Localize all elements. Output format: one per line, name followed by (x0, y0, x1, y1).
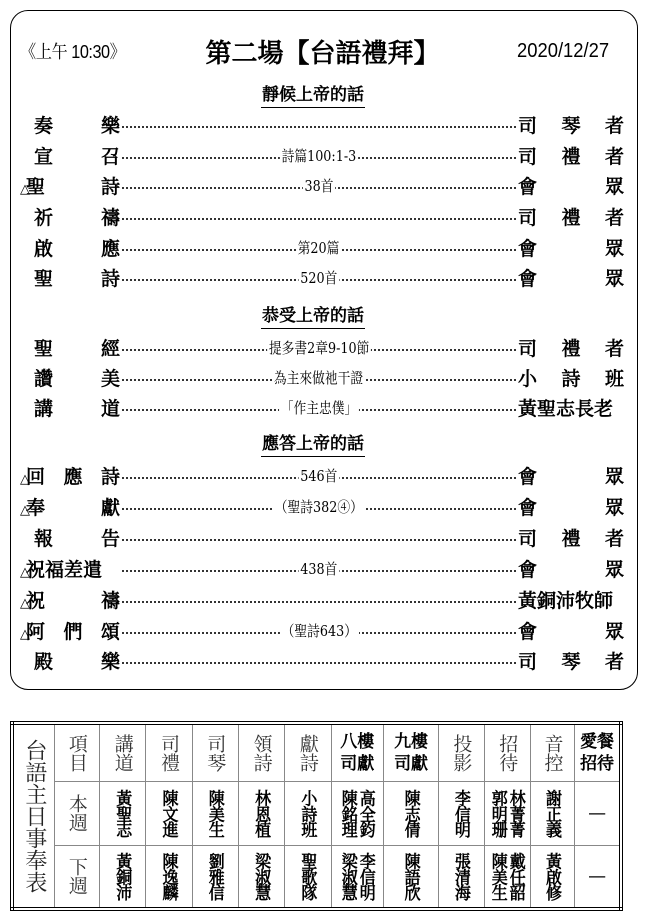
responsible-text: 眾 (605, 172, 624, 199)
duty-cell: 陳志倩 (383, 781, 438, 845)
duty-cell: — (575, 781, 621, 845)
responsible-text: 禮 (561, 334, 580, 361)
item-label-char: 頌 (101, 617, 120, 644)
responsible-text: 詩 (561, 364, 580, 391)
responsible-text: 會 (518, 462, 537, 489)
dotted-leader: 438首 (120, 555, 518, 581)
duty-table-title-text: 台語主日事奉表 (21, 739, 47, 893)
column-header-line: 愛餐 (575, 731, 619, 753)
label-start: △祝福差遣 (20, 555, 102, 582)
responsible-text: 者 (605, 142, 624, 169)
duty-cell: 黃聖志 (100, 781, 146, 845)
column-header-11: 愛餐招待 (575, 723, 621, 781)
item-label-char: 聖 (34, 264, 53, 291)
duty-names: 黃聖志 (100, 791, 145, 836)
order-item: 聖經提多書2章9-10節司禮者 (20, 334, 624, 360)
column-header-5: 獻詩 (285, 723, 331, 781)
column-header-text: 講道 (112, 734, 134, 772)
duty-names: 謝正義 (531, 791, 574, 836)
section-heading-text: 恭受上帝的話 (261, 306, 365, 329)
item-label-char: 應 (101, 234, 120, 261)
week-label-cell: 本週 (54, 781, 99, 845)
duty-cell: 陳語欣 (383, 845, 438, 909)
person-name: 陳美生 (207, 789, 223, 836)
duty-cell: 郭明珊林菁菁 (484, 781, 530, 845)
section-heading: 靜候上帝的話 (0, 80, 626, 105)
person-name: 謝正義 (544, 789, 560, 836)
duty-cell: 林恩植 (238, 781, 284, 845)
item-label-char: 詩 (101, 462, 120, 489)
label-start: △聖 (20, 172, 45, 199)
item-detail: 「作主忠僕」 (279, 397, 359, 418)
item-label-char: 奏 (34, 111, 53, 138)
item-responsible: 黃聖志長老 (518, 394, 624, 421)
item-label: 奏樂 (20, 111, 120, 138)
item-label: △阿們頌 (20, 617, 120, 644)
duty-cell: 陳文進 (146, 781, 192, 845)
item-label: △祝福差遣 (20, 555, 120, 582)
column-header-1: 講道 (100, 723, 146, 781)
column-header-line: 九樓 (384, 731, 438, 753)
column-header-text: 愛餐招待 (575, 731, 619, 775)
order-item: △聖詩38首會眾 (20, 172, 624, 198)
responsible-text: 琴 (561, 647, 580, 674)
item-label-char: 禱 (101, 203, 120, 230)
item-label-char: 美 (101, 364, 120, 391)
person-name: 梁淑慧 (254, 853, 270, 900)
order-item: 報告司禮者 (20, 524, 624, 550)
person-name: 陳志倩 (403, 789, 419, 836)
column-header-4: 領詩 (238, 723, 284, 781)
week-label-cell: 下週 (54, 845, 99, 909)
section-heading-text: 應答上帝的話 (261, 434, 365, 457)
column-header-9: 招待 (484, 723, 530, 781)
item-label: 講道 (20, 394, 120, 421)
column-header-10: 音控 (530, 723, 574, 781)
duty-cell: 陳美生戴任韶 (484, 845, 530, 909)
item-responsible: 會眾 (518, 462, 624, 489)
dotted-leader: 520首 (120, 264, 518, 290)
person-name: 張清海 (453, 853, 469, 900)
duty-names: 陳語欣 (384, 854, 438, 899)
dotted-leader: 546首 (120, 462, 518, 488)
duty-names: 陳文進 (146, 791, 191, 836)
item-label-char: 經 (101, 334, 120, 361)
item-label: △奉獻 (20, 493, 120, 520)
responsible-text: 司 (518, 142, 537, 169)
item-label: 聖詩 (20, 264, 120, 291)
section-heading: 應答上帝的話 (0, 429, 626, 454)
column-header-text: 八樓司獻 (332, 731, 383, 775)
column-header-3: 司琴 (192, 723, 238, 781)
item-responsible: 司禮者 (518, 203, 624, 230)
duty-names: 李信明 (439, 791, 483, 836)
person-name: 李信明 (358, 853, 374, 900)
column-header-line: 司獻 (384, 753, 438, 775)
column-header-6: 八樓司獻 (331, 723, 383, 781)
responsible-text: 會 (518, 493, 537, 520)
duty-cell: 陳逸麟 (146, 845, 192, 909)
person-name: 陳美生 (490, 853, 506, 900)
item-label: 報告 (20, 524, 120, 551)
item-label: △祝禱 (20, 586, 120, 613)
dotted-leader (120, 524, 518, 550)
person-name: 梁淑慧 (340, 853, 356, 900)
item-responsible: 司琴者 (518, 111, 624, 138)
dotted-leader (120, 111, 518, 137)
order-item: 祈禱司禮者 (20, 203, 624, 229)
order-item: 讚美為主來做祂干證小詩班 (20, 364, 624, 390)
duty-table: 台語主日事奉表項目講道司禮司琴領詩獻詩八樓司獻九樓司獻投影招待音控愛餐招待本週黃… (10, 721, 623, 911)
duty-cell: 陳銘理高全鈞 (331, 781, 383, 845)
title-text: 第二場【台語禮拜】 (205, 33, 439, 70)
person-name: 陳逸麟 (161, 853, 177, 900)
dotted-leader (120, 647, 518, 673)
item-detail: 546首 (299, 465, 339, 486)
dotted-leader: 38首 (120, 172, 518, 198)
person-name: 聖歌隊 (300, 853, 316, 900)
column-header-text: 招待 (496, 734, 518, 772)
column-header-text: 音控 (541, 734, 563, 772)
order-item: △祝福差遣438首會眾 (20, 555, 624, 581)
dotted-leader: 詩篇100:1-3 (120, 142, 518, 168)
duty-names: 梁淑慧李信明 (332, 854, 383, 899)
responsible-text: 眾 (605, 617, 624, 644)
person-name: 林恩植 (254, 789, 270, 836)
responsible-text: 會 (518, 172, 537, 199)
order-item: △回應詩546首會眾 (20, 462, 624, 488)
item-label-char: 們 (63, 617, 82, 644)
item-responsible: 司禮者 (518, 142, 624, 169)
item-label-char: 奉 (26, 497, 45, 519)
item-responsible: 會眾 (518, 617, 624, 644)
duty-names: 陳美生 (193, 791, 238, 836)
item-label-char: 阿 (26, 621, 45, 643)
item-label-char: 樂 (101, 647, 120, 674)
item-detail: 詩篇100:1-3 (280, 145, 358, 166)
item-label-char: 聖 (34, 334, 53, 361)
person-name: 高全鈞 (358, 789, 374, 836)
item-label-char: 獻 (101, 493, 120, 520)
responsible-text: 眾 (605, 264, 624, 291)
item-detail: （聖詩382④） (273, 496, 364, 517)
order-item: 殿樂司琴者 (20, 647, 624, 673)
responsible-text: 禮 (561, 203, 580, 230)
item-responsible: 司禮者 (518, 524, 624, 551)
column-header-line: 八樓 (332, 731, 383, 753)
person-name: 劉雅信 (207, 853, 223, 900)
responsible-text: 眾 (605, 234, 624, 261)
responsible-text: 黃銅沛牧師 (518, 586, 613, 613)
label-start: △回 (20, 462, 45, 489)
row-header-cell: 項目 (54, 723, 99, 781)
item-detail: （聖詩643） (280, 620, 359, 641)
item-detail: 為主來做祂干證 (273, 367, 366, 388)
person-name: 陳語欣 (403, 853, 419, 900)
duty-cell: 陳美生 (192, 781, 238, 845)
dotted-leader: 為主來做祂干證 (120, 364, 518, 390)
duty-names: 梁淑慧 (239, 854, 284, 899)
item-label-char: 祝 (26, 590, 45, 612)
responsible-text: 者 (605, 647, 624, 674)
duty-row: 下週黃銅沛陳逸麟劉雅信梁淑慧聖歌隊梁淑慧李信明陳語欣張清海陳美生戴任韶黃啟修— (12, 845, 621, 909)
dotted-leader (120, 586, 518, 612)
responsible-text: 眾 (605, 555, 624, 582)
duty-names: 聖歌隊 (285, 854, 330, 899)
item-label-char: 講 (34, 394, 53, 421)
item-detail: 438首 (299, 558, 339, 579)
item-label: 宣召 (20, 142, 120, 169)
item-label-char: 樂 (101, 111, 120, 138)
duty-cell: — (575, 845, 621, 909)
label-start: △祝 (20, 586, 45, 613)
column-header-line: 司獻 (332, 753, 383, 775)
item-detail: 提多書2章9-10節 (267, 337, 371, 358)
item-label-char: 詩 (101, 264, 120, 291)
service-date: 2020/12/27 (517, 40, 609, 63)
item-label-char: 應 (63, 462, 82, 489)
responsible-text: 者 (605, 334, 624, 361)
person-name: 陳銘理 (340, 789, 356, 836)
responsible-text: 司 (518, 203, 537, 230)
dotted-leader: 提多書2章9-10節 (120, 334, 518, 360)
duty-header-row: 台語主日事奉表項目講道司禮司琴領詩獻詩八樓司獻九樓司獻投影招待音控愛餐招待 (12, 723, 621, 781)
responsible-text: 司 (518, 647, 537, 674)
duty-names: 黃啟修 (531, 854, 574, 899)
duty-names: 郭明珊林菁菁 (485, 791, 530, 836)
person-name: 戴任韶 (508, 853, 524, 900)
item-responsible: 司琴者 (518, 647, 624, 674)
item-detail: 第20篇 (296, 237, 341, 258)
responsible-text: 者 (605, 203, 624, 230)
item-responsible: 會眾 (518, 493, 624, 520)
item-label-char: 聖 (26, 176, 45, 198)
item-label-char: 宣 (34, 142, 53, 169)
duty-names: 陳志倩 (384, 791, 438, 836)
duty-names: 黃銅沛 (100, 854, 145, 899)
duty-cell: 黃銅沛 (100, 845, 146, 909)
item-label-char: 啟 (34, 234, 53, 261)
item-responsible: 會眾 (518, 172, 624, 199)
dotted-leader: （聖詩643） (120, 617, 518, 643)
person-name: 黃聖志 (115, 789, 131, 836)
responsible-text: 會 (518, 617, 537, 644)
responsible-text: 班 (605, 364, 624, 391)
responsible-text: 會 (518, 234, 537, 261)
column-header-text: 九樓司獻 (384, 731, 438, 775)
label-start: △奉 (20, 493, 45, 520)
duty-table-title: 台語主日事奉表 (12, 723, 54, 909)
item-label-char: 讚 (34, 364, 53, 391)
item-label-char: 告 (101, 524, 120, 551)
item-detail: 520首 (299, 267, 339, 288)
duty-names: 小詩班 (285, 791, 330, 836)
responsible-text: 禮 (561, 524, 580, 551)
empty-dash: — (588, 803, 606, 824)
order-item: 聖詩520首會眾 (20, 264, 624, 290)
item-responsible: 黃銅沛牧師 (518, 586, 624, 613)
responsible-text: 會 (518, 555, 537, 582)
row-header-text: 項目 (66, 734, 88, 772)
item-responsible: 會眾 (518, 264, 624, 291)
responsible-text: 司 (518, 111, 537, 138)
item-responsible: 小詩班 (518, 364, 624, 391)
item-responsible: 會眾 (518, 555, 624, 582)
order-item: 宣召詩篇100:1-3司禮者 (20, 142, 624, 168)
responsible-text: 眾 (605, 493, 624, 520)
item-label: 殿樂 (20, 647, 120, 674)
order-item: △阿們頌（聖詩643）會眾 (20, 617, 624, 643)
item-label-char: 回 (26, 466, 45, 488)
item-label-char: 祝福差遣 (26, 559, 102, 581)
item-responsible: 會眾 (518, 234, 624, 261)
column-header-text: 獻詩 (297, 734, 319, 772)
order-item: 講道「作主忠僕」黃聖志長老 (20, 394, 624, 420)
item-label-char: 禱 (101, 586, 120, 613)
item-label-char: 殿 (34, 647, 53, 674)
order-item: △祝禱黃銅沛牧師 (20, 586, 624, 612)
dotted-leader: （聖詩382④） (120, 493, 518, 519)
duty-names: 劉雅信 (193, 854, 238, 899)
duty-cell: 梁淑慧李信明 (331, 845, 383, 909)
empty-dash: — (588, 866, 606, 887)
item-responsible: 司禮者 (518, 334, 624, 361)
order-item: 啟應第20篇會眾 (20, 234, 624, 260)
duty-cell: 謝正義 (530, 781, 574, 845)
responsible-text: 司 (518, 334, 537, 361)
column-header-7: 九樓司獻 (383, 723, 438, 781)
person-name: 林菁菁 (508, 789, 524, 836)
column-header-8: 投影 (439, 723, 484, 781)
dotted-leader (120, 203, 518, 229)
responsible-text: 琴 (561, 111, 580, 138)
item-label: △回應詩 (20, 462, 120, 489)
duty-names: 陳逸麟 (146, 854, 191, 899)
order-item: 奏樂司琴者 (20, 111, 624, 137)
responsible-text: 黃聖志長老 (518, 394, 613, 421)
person-name: 陳文進 (161, 789, 177, 836)
order-item: △奉獻（聖詩382④）會眾 (20, 493, 624, 519)
item-label: 聖經 (20, 334, 120, 361)
duty-names: 林恩植 (239, 791, 284, 836)
duty-row: 本週黃聖志陳文進陳美生林恩植小詩班陳銘理高全鈞陳志倩李信明郭明珊林菁菁謝正義— (12, 781, 621, 845)
item-label-char: 道 (101, 394, 120, 421)
item-label: 啟應 (20, 234, 120, 261)
person-name: 小詩班 (300, 789, 316, 836)
week-label: 本週 (63, 794, 91, 832)
item-detail: 38首 (303, 175, 335, 196)
duty-cell: 劉雅信 (192, 845, 238, 909)
column-header-2: 司禮 (146, 723, 192, 781)
section-heading: 恭受上帝的話 (0, 301, 626, 326)
column-header-text: 司禮 (158, 734, 180, 772)
dotted-leader: 「作主忠僕」 (120, 394, 518, 420)
person-name: 郭明珊 (490, 789, 506, 836)
duty-names: 張清海 (439, 854, 483, 899)
responsible-text: 禮 (561, 142, 580, 169)
responsible-text: 司 (518, 524, 537, 551)
duty-cell: 李信明 (439, 781, 484, 845)
duty-cell: 梁淑慧 (238, 845, 284, 909)
duty-cell: 張清海 (439, 845, 484, 909)
item-label: 祈禱 (20, 203, 120, 230)
dotted-leader: 第20篇 (120, 234, 518, 260)
responsible-text: 者 (605, 524, 624, 551)
item-label-char: 祈 (34, 203, 53, 230)
duty-cell: 小詩班 (285, 781, 331, 845)
duty-names: 陳美生戴任韶 (485, 854, 530, 899)
responsible-text: 眾 (605, 462, 624, 489)
column-header-text: 投影 (450, 734, 472, 772)
item-label-char: 報 (34, 524, 53, 551)
column-header-text: 司琴 (204, 734, 226, 772)
responsible-text: 會 (518, 264, 537, 291)
duty-cell: 聖歌隊 (285, 845, 331, 909)
responsible-text: 者 (605, 111, 624, 138)
item-label-char: 詩 (101, 172, 120, 199)
duty-cell: 黃啟修 (530, 845, 574, 909)
person-name: 黃銅沛 (115, 853, 131, 900)
item-label: 讚美 (20, 364, 120, 391)
responsible-text: 小 (518, 364, 537, 391)
person-name: 黃啟修 (544, 853, 560, 900)
person-name: 李信明 (453, 789, 469, 836)
label-start: △阿 (20, 617, 45, 644)
item-label: △聖詩 (20, 172, 120, 199)
column-header-line: 招待 (575, 753, 619, 775)
duty-names: 陳銘理高全鈞 (332, 791, 383, 836)
section-heading-text: 靜候上帝的話 (261, 85, 365, 108)
week-label: 下週 (63, 857, 91, 895)
item-label-char: 召 (101, 142, 120, 169)
column-header-text: 領詩 (251, 734, 273, 772)
